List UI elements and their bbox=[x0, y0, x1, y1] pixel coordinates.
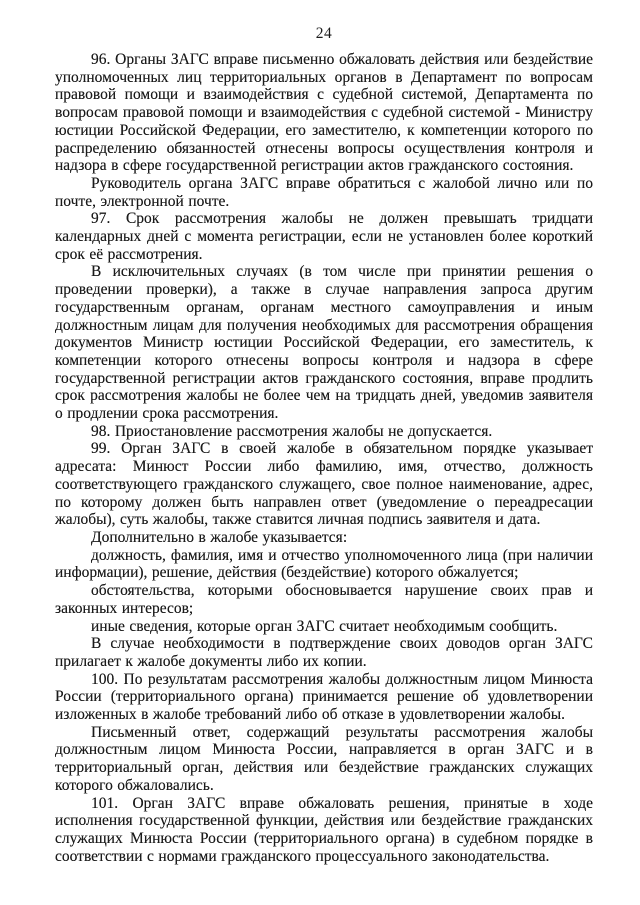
paragraph: Письменный ответ, содержащий результаты … bbox=[55, 724, 593, 795]
paragraph: должность, фамилия, имя и отчество уполн… bbox=[55, 547, 593, 582]
paragraph: 101. Орган ЗАГС вправе обжаловать решени… bbox=[55, 795, 593, 866]
paragraph: иные сведения, которые орган ЗАГС считае… bbox=[55, 618, 593, 636]
paragraph: 98. Приостановление рассмотрения жалобы … bbox=[55, 423, 593, 441]
document-body: 96. Органы ЗАГС вправе письменно обжалов… bbox=[55, 51, 593, 865]
paragraph: Руководитель органа ЗАГС вправе обратить… bbox=[55, 175, 593, 210]
paragraph: В случае необходимости в подтверждение с… bbox=[55, 635, 593, 670]
paragraph: обстоятельства, которыми обосновывается … bbox=[55, 582, 593, 617]
paragraph: 96. Органы ЗАГС вправе письменно обжалов… bbox=[55, 51, 593, 175]
paragraph: Дополнительно в жалобе указывается: bbox=[55, 529, 593, 547]
paragraph: 99. Орган ЗАГС в своей жалобе в обязател… bbox=[55, 440, 593, 529]
paragraph: 97. Срок рассмотрения жалобы не должен п… bbox=[55, 210, 593, 263]
page-number: 24 bbox=[55, 26, 593, 42]
document-page: 24 96. Органы ЗАГС вправе письменно обжа… bbox=[0, 0, 640, 905]
paragraph: В исключительных случаях (в том числе пр… bbox=[55, 263, 593, 422]
paragraph: 100. По результатам рассмотрения жалобы … bbox=[55, 671, 593, 724]
